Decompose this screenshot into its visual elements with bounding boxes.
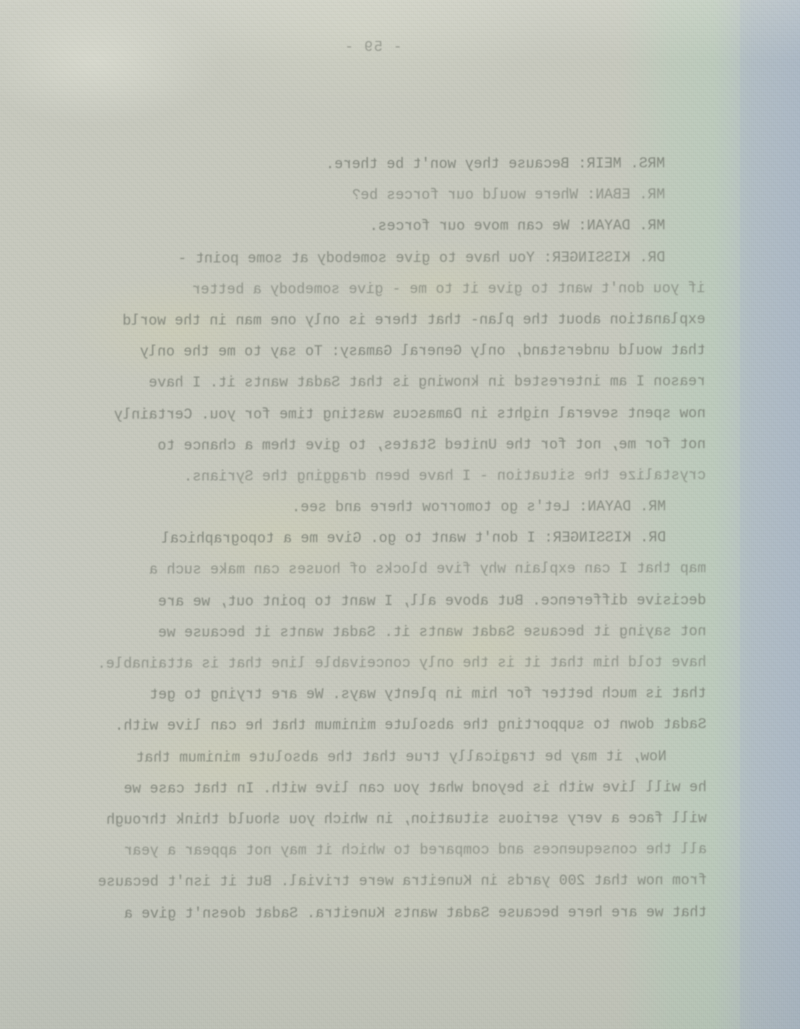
typed-line: if you don't want to give it to me - giv… <box>77 274 705 307</box>
typed-line: crystalize the situation - I have been d… <box>78 461 706 494</box>
typed-line: have told him that it is the only concei… <box>78 648 706 681</box>
typed-line: not for me, not for the United States, t… <box>78 430 706 463</box>
typed-line: not saying it because Sadat wants it. Sa… <box>78 617 706 650</box>
transcript-text-block: MRS. MEIR: Because they won't be there.M… <box>77 149 707 930</box>
typed-line: that is much better for him in plenty wa… <box>78 679 706 712</box>
typed-line: will face a very serious situation, in w… <box>79 804 707 837</box>
mirrored-bleedthrough-layer: - 59 - MRS. MEIR: Because they won't be … <box>0 0 800 1029</box>
typed-line: decisive difference. But above all, I wa… <box>78 586 706 619</box>
typed-line: Now, it may be tragically true that the … <box>79 742 707 775</box>
typed-line: that would understand, only General Gama… <box>77 336 705 369</box>
typed-line: DR. KISSINGER: I don't want to go. Give … <box>78 523 706 556</box>
typed-line: MR. EBAN: Where would our forces be? <box>77 180 705 213</box>
typed-line: map that I can explain why five blocks o… <box>78 555 706 588</box>
typed-line: that we are here because Sadat wants Kun… <box>79 898 707 931</box>
typed-line: Sadat down to supporting the absolute mi… <box>78 711 706 744</box>
typed-line: now spent several nights in Damascus was… <box>78 399 706 432</box>
typed-line: reason I am interested in knowing is tha… <box>78 367 706 400</box>
scanned-page: - 59 - MRS. MEIR: Because they won't be … <box>0 0 800 1029</box>
typed-line: explanation about the plan- that there i… <box>77 305 705 338</box>
typed-line: DR. KISSINGER: You have to give somebody… <box>77 243 705 276</box>
typed-line: all the consequences and compared to whi… <box>79 835 707 868</box>
typed-line: MR. DAYAN: We can move our forces. <box>77 212 705 245</box>
typed-line: he will live with is beyond what you can… <box>79 773 707 806</box>
typed-line: from now that 200 yards in Kuneitra were… <box>79 866 707 899</box>
page-number: - 59 - <box>344 40 402 56</box>
typed-line: MR. DAYAN: Let's go tomorrow there and s… <box>78 492 706 525</box>
typed-line: MRS. MEIR: Because they won't be there. <box>77 149 705 182</box>
